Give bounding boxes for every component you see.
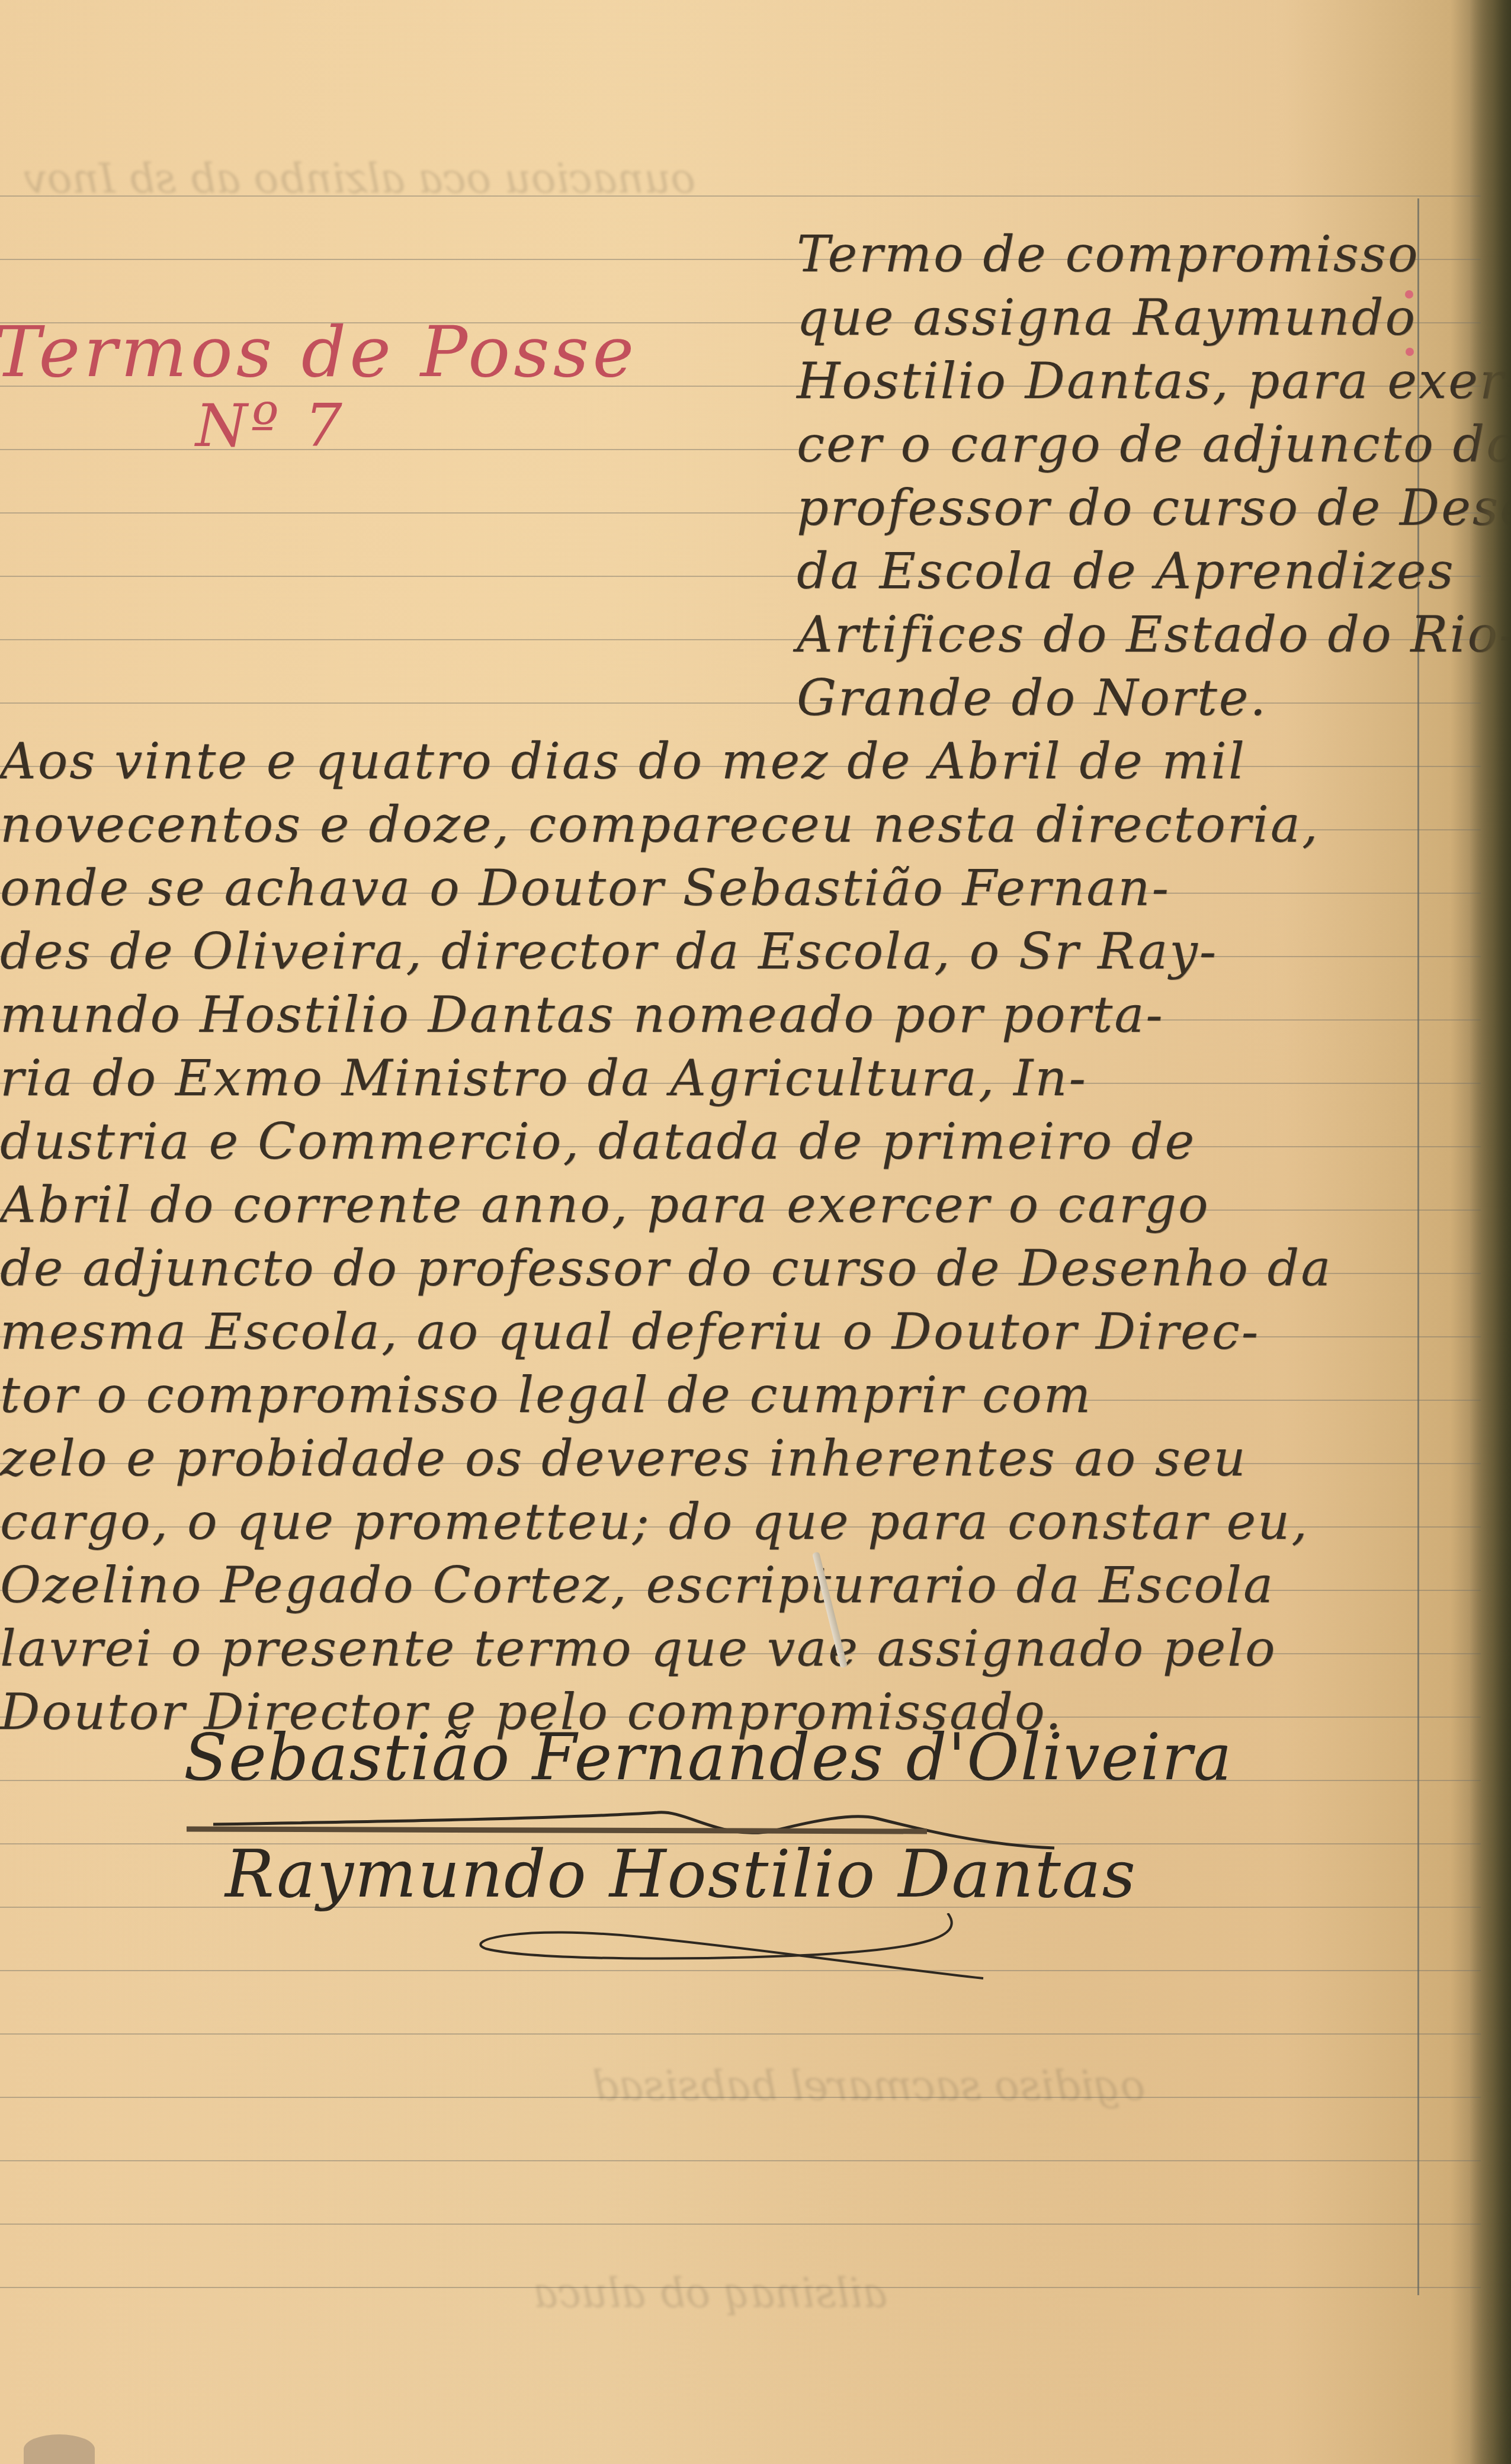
title-block-line: Grande do Norte.	[797, 669, 1268, 727]
signature-separator-rule	[187, 1826, 927, 1834]
title-block-line: professor do curso de Desenho	[797, 479, 1511, 537]
ruled-line	[0, 2160, 1481, 2161]
title-block-line: Artifices do Estado do Rio-	[797, 605, 1511, 663]
body-line: Abril do corrente anno, para exercer o c…	[0, 1176, 1210, 1234]
signature-appointee: Raymundo Hostilio Dantas	[225, 1836, 1137, 1912]
bleed-through-text: ogidiso sacmarel babsisad	[592, 2061, 1145, 2110]
body-line: des de Oliveira, director da Escola, o S…	[0, 922, 1218, 980]
body-line: onde se achava o Doutor Sebastião Fernan…	[0, 859, 1170, 917]
body-line: novecentos e doze, compareceu nesta dire…	[0, 795, 1320, 854]
margin-heading-number: Nº 7	[195, 391, 346, 460]
book-spine-shadow	[1470, 0, 1511, 2464]
ruled-line	[0, 2033, 1481, 2035]
title-block-line: Hostilio Dantas, para exer-	[797, 352, 1511, 410]
body-line: Ozelino Pegado Cortez, escripturario da …	[0, 1556, 1275, 1614]
title-block-line: Termo de compromisso	[797, 225, 1420, 283]
ink-spot	[1406, 348, 1414, 356]
signature-flourish	[462, 1913, 995, 1984]
body-line: ria do Exmo Ministro da Agricultura, In-	[0, 1049, 1087, 1107]
ruled-line	[0, 2224, 1481, 2225]
paper-damage	[24, 2434, 95, 2464]
body-line: zelo e probidade os deveres inherentes a…	[0, 1429, 1247, 1487]
body-line: cargo, o que prometteu; do que para cons…	[0, 1493, 1309, 1551]
body-line: dustria e Commercio, datada de primeiro …	[0, 1112, 1196, 1170]
body-line: tor o compromisso legal de cumprir com	[0, 1366, 1092, 1424]
body-line: mundo Hostilio Dantas nomeado por porta-	[0, 986, 1164, 1044]
margin-heading-title: Termos de Posse	[0, 311, 637, 393]
title-block-line: cer o cargo de adjuncto do	[797, 415, 1511, 473]
signature-director: Sebastião Fernandes d'Oliveira	[184, 1721, 1233, 1795]
body-line: lavrei o presente termo que vae assignad…	[0, 1619, 1277, 1677]
body-line: Aos vinte e quatro dias do mez de Abril …	[0, 732, 1246, 790]
title-block-line: da Escola de Aprendizes	[797, 542, 1455, 600]
ink-spot	[1405, 290, 1413, 299]
body-line: de adjuncto do professor do curso de Des…	[0, 1239, 1332, 1297]
manuscript-page: ounaciou oca alzinbo ab sb Inov ogidiso …	[0, 0, 1511, 2464]
title-block-line: que assigna Raymundo	[797, 288, 1417, 346]
bleed-through-text: ounaciou oca alzinbo ab sb Inov	[24, 154, 695, 203]
body-line: mesma Escola, ao qual deferiu o Doutor D…	[0, 1302, 1260, 1361]
bleed-through-text: ailsinaq ob aluca	[533, 2269, 887, 2317]
